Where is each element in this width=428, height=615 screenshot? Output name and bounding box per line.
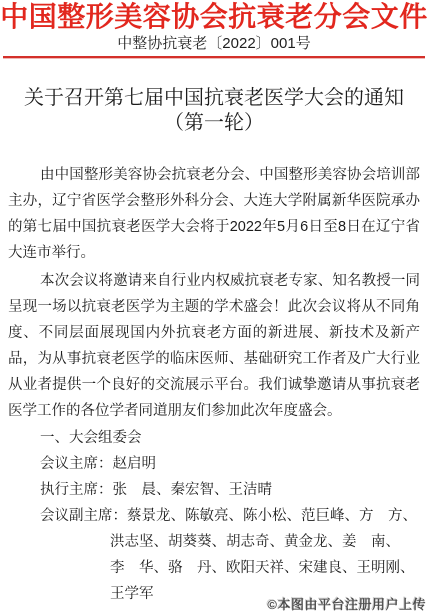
notice-title-line1: 关于召开第七届中国抗衰老医学大会的通知 <box>0 86 428 111</box>
body-line: 大连市举行。 <box>8 240 420 266</box>
body-line: 医学工作的各位学者同道朋友们参加此次年度盛会。 <box>8 398 420 424</box>
letterhead-org-title: 中国整形美容协会抗衰老分会文件 <box>0 0 428 32</box>
body-line: 度、不同层面展现国内外抗衰老方面的新进展、新技术及新产 <box>8 320 420 346</box>
body-line: 从业者提供一个良好的交流展示平台。我们诚挚邀请从事抗衰老 <box>8 372 420 398</box>
body-line: 主办，辽宁省医学会整形外科分会、大连大学附属新华医院承办 <box>8 188 420 214</box>
committee-chair: 会议主席：赵启明 <box>8 451 420 477</box>
body-line: 本次会议将邀请来自行业内权威抗衰老专家、知名教授一同 <box>8 268 420 294</box>
notice-title-line2: （第一轮） <box>0 111 428 136</box>
committee-vice-chairs-line: 李 华、骆 丹、欧阳天祥、宋建良、王明刚、 <box>8 555 420 581</box>
uploader-watermark: ©本图由平台注册用户上传 <box>267 597 426 613</box>
paragraph-invitation: 本次会议将邀请来自行业内权威抗衰老专家、知名教授一同 呈现一场以抗衰老医学为主题… <box>8 268 420 424</box>
document-body: 由中国整形美容协会抗衰老分会、中国整形美容协会培训部 主办，辽宁省医学会整形外科… <box>0 162 428 607</box>
committee-exec-chairs: 执行主席：张 晨、秦宏智、王洁晴 <box>8 477 420 503</box>
red-divider-line <box>3 56 425 58</box>
body-line: 品，为从事抗衰老医学的临床医师、基础研究工作者及广大行业 <box>8 346 420 372</box>
document-number: 中整协抗衰老〔2022〕001号 <box>0 35 428 52</box>
committee-vice-chairs-line: 会议副主席：蔡景龙、陈敏亮、陈小松、范巨峰、方 方、 <box>8 503 420 529</box>
committee-heading: 一、大会组委会 <box>8 425 420 451</box>
body-line: 的第七届中国抗衰老医学大会将于2022年5月6日至8日在辽宁省 <box>8 214 420 240</box>
notice-title: 关于召开第七届中国抗衰老医学大会的通知 （第一轮） <box>0 86 428 136</box>
committee-vice-chairs-line: 洪志坚、胡葵葵、胡志奇、黄金龙、姜 南、 <box>8 529 420 555</box>
notice-document-page: 中国整形美容协会抗衰老分会文件 中整协抗衰老〔2022〕001号 关于召开第七届… <box>0 0 428 615</box>
body-line: 由中国整形美容协会抗衰老分会、中国整形美容协会培训部 <box>8 162 420 188</box>
paragraph-host-info: 由中国整形美容协会抗衰老分会、中国整形美容协会培训部 主办，辽宁省医学会整形外科… <box>8 162 420 266</box>
body-line: 呈现一场以抗衰老医学为主题的学术盛会！此次会议将从不同角 <box>8 294 420 320</box>
committee-section: 一、大会组委会 会议主席：赵启明 执行主席：张 晨、秦宏智、王洁晴 会议副主席：… <box>8 425 420 607</box>
